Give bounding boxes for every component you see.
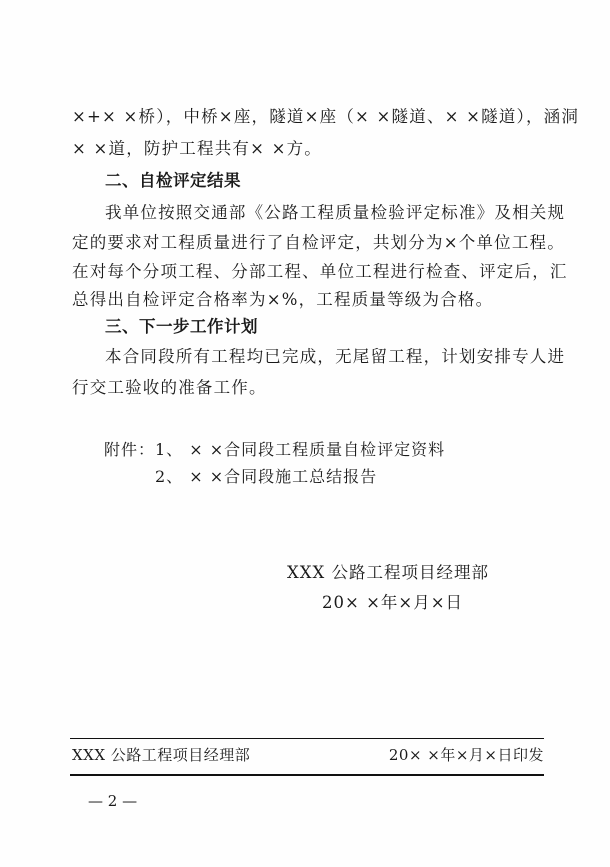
footer-issue-date: 20× ×年×月×日印发 xyxy=(389,745,544,765)
page-number: — 2 — xyxy=(88,791,137,811)
attachment-item-1: 1、 × ×合同段工程质量自检评定资料 xyxy=(155,440,445,460)
section2-line-4: 总得出自检评定合格率为×%，工程质量等级为合格。 xyxy=(72,290,544,310)
section3-line-2: 行交工验收的准备工作。 xyxy=(72,378,544,398)
body-line-1: ×+× ×桥），中桥×座，隧道×座（× ×隧道、× ×隧道），涵洞 xyxy=(72,107,544,127)
attachment-item-2: 2、 × ×合同段施工总结报告 xyxy=(155,467,377,487)
signature-organization: XXX 公路工程项目经理部 xyxy=(287,563,489,583)
section2-line-1: 我单位按照交通部《公路工程质量检验评定标准》及相关规 xyxy=(105,203,545,223)
attachments-label: 附件： xyxy=(104,440,155,460)
section3-heading: 三、下一步工作计划 xyxy=(105,317,545,337)
footer-issuer: XXX 公路工程项目经理部 xyxy=(72,745,250,765)
section2-line-3: 在对每个分项工程、分部工程、单位工程进行检查、评定后，汇 xyxy=(72,262,544,282)
signature-date: 20× ×年×月×日 xyxy=(322,593,463,613)
section2-heading: 二、自检评定结果 xyxy=(105,171,545,191)
section3-line-1: 本合同段所有工程均已完成，无尾留工程，计划安排专人进 xyxy=(105,347,545,367)
footer-top-rule xyxy=(70,738,544,739)
footer-bottom-rule xyxy=(70,774,544,776)
section2-line-2: 定的要求对工程质量进行了自检评定，共划分为×个单位工程。 xyxy=(72,233,544,253)
body-line-2: × ×道，防护工程共有× ×方。 xyxy=(72,139,544,159)
